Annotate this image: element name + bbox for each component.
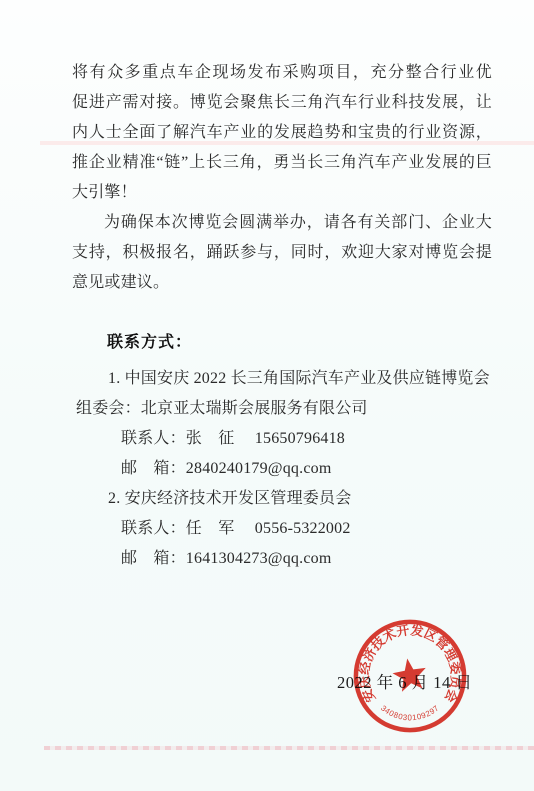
seal-star-icon [391, 656, 429, 693]
contact-line-org1: 1. 中国安庆 2022 长三角国际汽车产业及供应链博览会 [72, 364, 492, 394]
body-line: 为确保本次博览会圆满举办，请各有关部门、企业大力 [72, 208, 492, 238]
scanned-letter-page: 将有众多重点车企现场发布采购项目，充分整合行业优势， 促进产需对接。博览会聚焦长… [0, 0, 534, 791]
seal-code-text: 3408030109297 [379, 703, 441, 722]
body-line: 促进产需对接。博览会聚焦长三角汽车行业科技发展，让业 [72, 88, 492, 118]
official-seal: 安庆经济技术开发区管理委员会 3408030109297 [351, 617, 469, 735]
body-line: 支持，积极报名，踊跃参与，同时，欢迎大家对博览会提出 [72, 238, 492, 268]
contact-line-email2: 邮 箱：1641304273@qq.com [72, 544, 492, 574]
contact-line-org2: 2. 安庆经济技术开发区管理委员会 [72, 484, 492, 514]
body-line: 内人士全面了解汽车产业的发展趋势和宝贵的行业资源，助 [72, 118, 492, 148]
letter-body: 将有众多重点车企现场发布采购项目，充分整合行业优势， 促进产需对接。博览会聚焦长… [72, 58, 492, 574]
contact-line-person2: 联系人：任 军 0556-5322002 [72, 514, 492, 544]
body-line: 意见或建议。 [72, 268, 492, 298]
body-line: 将有众多重点车企现场发布采购项目，充分整合行业优势， [72, 58, 492, 88]
body-line: 大引擎！ [72, 178, 492, 208]
body-line: 推企业精准“链”上长三角，勇当长三角汽车产业发展的巨 [72, 148, 492, 178]
contact-line-org1-cont: 组委会：北京亚太瑞斯会展服务有限公司 [72, 394, 492, 424]
blank-line [72, 298, 492, 328]
contact-line-person1: 联系人：张 征 15650796418 [72, 424, 492, 454]
scan-artifact-streak [44, 746, 534, 750]
contact-section-heading: 联系方式： [72, 328, 492, 358]
contact-line-email1: 邮 箱：2840240179@qq.com [72, 454, 492, 484]
